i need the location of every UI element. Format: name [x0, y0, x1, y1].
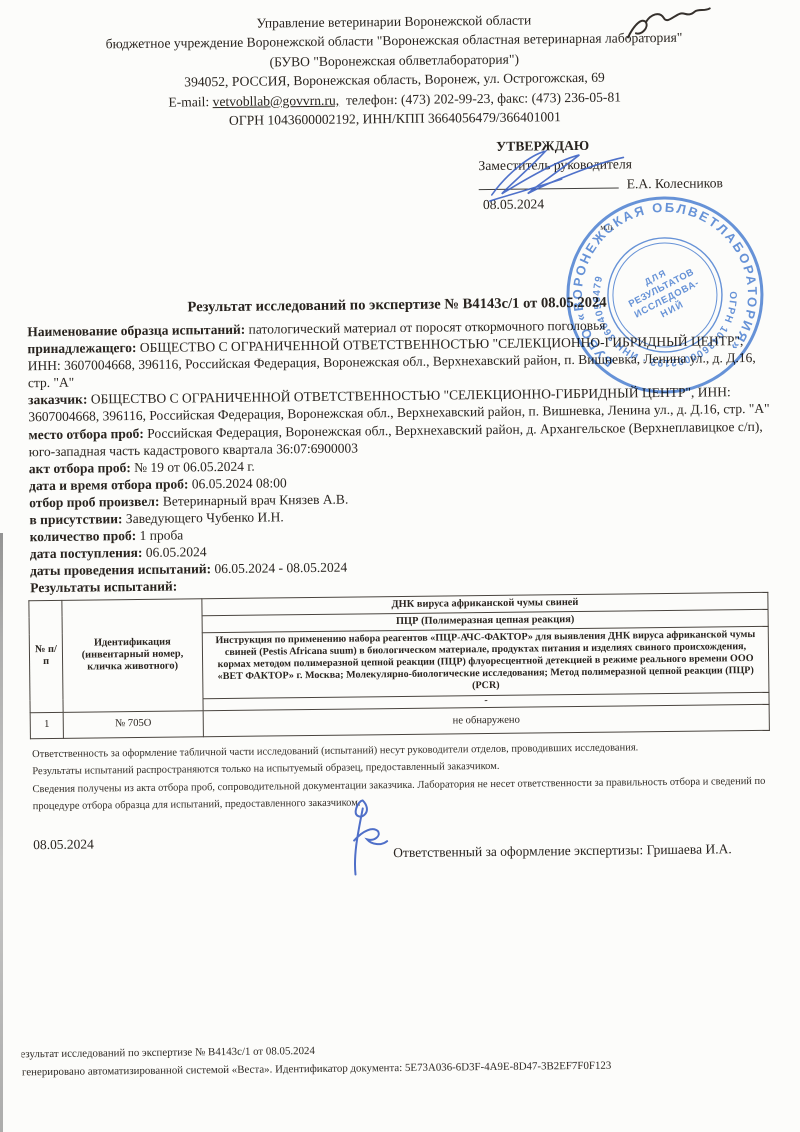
email-label: E-mail: [168, 94, 209, 109]
scanned-lab-report-page: { "header": { "line1": "Управление ветер… [0, 0, 800, 1132]
email-link: vetvobllab@govvrn.ru, [213, 92, 340, 108]
row-number-cell: 1 [30, 712, 63, 738]
results-table: № п/п Идентификация (инвентарный номер, … [28, 591, 770, 738]
result-cell: не обнаружено [203, 704, 769, 736]
sample-id-cell: № 705О [63, 710, 203, 738]
signoff-responsible: Ответственный за оформление экспертизы: … [393, 840, 732, 861]
col-header-identification: Идентификация (инвентарный номер, кличка… [62, 598, 203, 712]
official-round-stamp: БУВО «ВОРОНЕЖСКАЯ ОБЛВЕТЛАБОРАТОРИЯ» ОГР… [562, 192, 768, 398]
handwritten-ink-scribble [622, 4, 717, 47]
signoff-date: 08.05.2024 [33, 835, 94, 853]
page-footer: Результат исследований по экспертизе № В… [21, 1038, 741, 1082]
signoff-block: 08.05.2024 Ответственный за оформление э… [33, 814, 778, 912]
scan-edge-artifact [0, 533, 3, 1132]
document: Управление ветеринарии Воронежской облас… [0, 0, 800, 1132]
method-details-cell: Инструкция по применению набора реагенто… [202, 626, 769, 698]
seal-place-mark: м.п. [600, 222, 614, 232]
phone-fax: телефон: (473) 202-99-23, факс: (473) 23… [346, 89, 621, 107]
responsible-signature [311, 794, 422, 883]
document-body: Наименование образца испытаний: патологи… [27, 315, 778, 912]
col-header-row-number: № п/п [29, 600, 63, 712]
